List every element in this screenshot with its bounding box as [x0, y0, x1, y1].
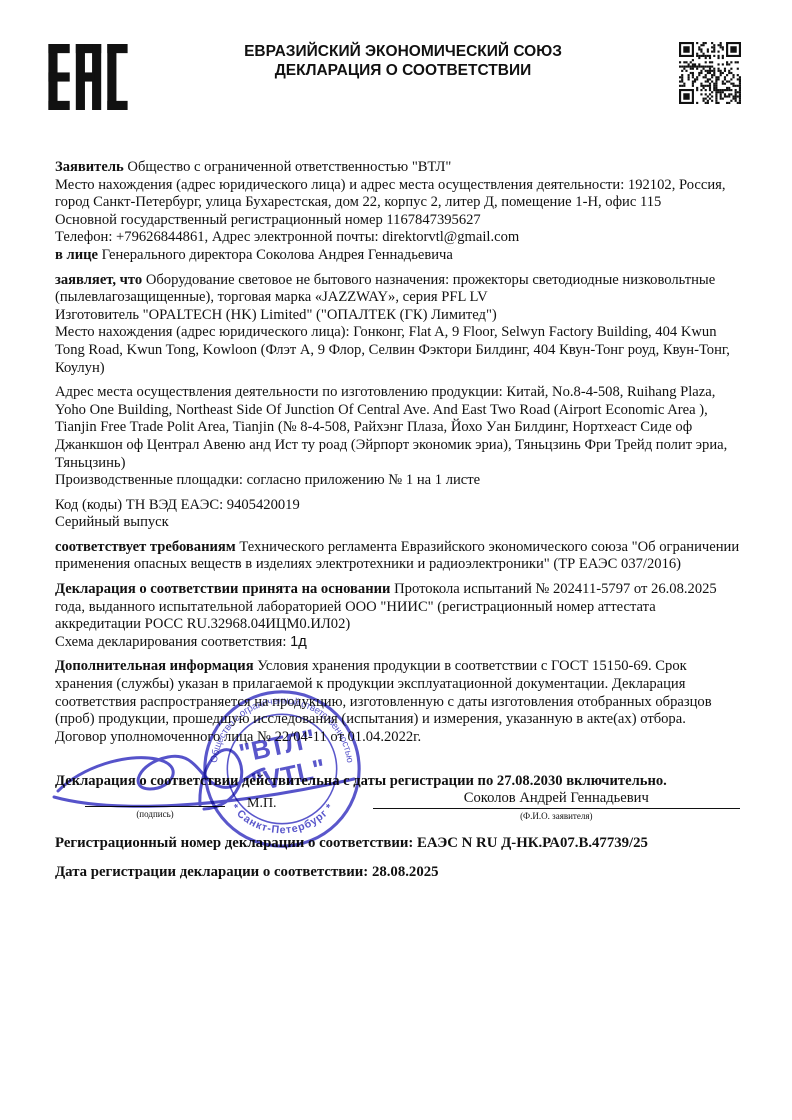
applicant-contacts: Телефон: +79626844861, Адрес электронной… [55, 229, 740, 247]
basis-text: Декларация о соответствии принята на осн… [55, 581, 740, 634]
registration-number-line: Регистрационный номер декларации о соотв… [55, 835, 740, 853]
applicant-ogrn: Основной государственный регистрационный… [55, 212, 740, 230]
applicant-block: Заявитель Общество с ограниченной ответс… [55, 159, 740, 265]
registration-date: 28.08.2025 [372, 864, 439, 880]
signature-caption: (подпись) [85, 807, 225, 820]
production-sites: Производственные площадки: согласно прил… [55, 472, 740, 490]
compliance-block: соответствует требованиям Технического р… [55, 539, 740, 574]
stamp-place-label: М.П. [247, 791, 277, 813]
scheme-value: 1д [290, 634, 307, 650]
applicant-address: Место нахождения (адрес юридического лиц… [55, 177, 740, 212]
title-line2: ДЕКЛАРАЦИЯ О СООТВЕТСТВИИ [128, 61, 678, 80]
signature-row: (подпись) М.П. Соколов Андрей Геннадьеви… [55, 791, 740, 822]
applicant-person: в лице Генерального директора Соколова А… [55, 247, 740, 265]
product-declaration: заявляет, что Оборудование световое не б… [55, 272, 740, 307]
validity-line: Декларация о соответствии действительна … [55, 773, 740, 791]
manufacturer: Изготовитель "OPALTECH (HK) Limited" ("О… [55, 307, 740, 325]
basis-label: Декларация о соответствии принята на осн… [55, 581, 390, 597]
production-block: Адрес места осуществления деятельности п… [55, 384, 740, 490]
declarant-caption: (Ф.И.О. заявителя) [373, 809, 740, 822]
declarant-name-field: Соколов Андрей Геннадьевич (Ф.И.О. заяви… [373, 791, 740, 822]
product-block: заявляет, что Оборудование световое не б… [55, 272, 740, 378]
eac-mark-icon [48, 44, 128, 110]
qr-code-icon [678, 42, 742, 104]
declarant-name: Соколов Андрей Геннадьевич [373, 791, 740, 808]
declaration-document: ЕВРАЗИЙСКИЙ ЭКОНОМИЧЕСКИЙ СОЮЗ ДЕКЛАРАЦИ… [0, 0, 792, 1120]
registration-date-line: Дата регистрации декларации о соответств… [55, 864, 740, 882]
tnved-line: Код (коды) ТН ВЭД ЕАЭС: 9405420019 [55, 497, 740, 515]
qr-code [678, 42, 742, 109]
additional-info-block: Дополнительная информация Условия хранен… [55, 658, 740, 746]
additional-info-label: Дополнительная информация [55, 658, 254, 674]
basis-block: Декларация о соответствии принята на осн… [55, 581, 740, 651]
document-title: ЕВРАЗИЙСКИЙ ЭКОНОМИЧЕСКИЙ СОЮЗ ДЕКЛАРАЦИ… [128, 38, 678, 80]
applicant-label: Заявитель [55, 159, 124, 175]
title-line1: ЕВРАЗИЙСКИЙ ЭКОНОМИЧЕСКИЙ СОЮЗ [128, 42, 678, 61]
compliance-label: соответствует требованиям [55, 539, 236, 555]
production-address: Адрес места осуществления деятельности п… [55, 384, 740, 472]
eac-logo [48, 44, 128, 115]
document-body: Заявитель Общество с ограниченной ответс… [0, 159, 792, 881]
declares-label: заявляет, что [55, 272, 142, 288]
header: ЕВРАЗИЙСКИЙ ЭКОНОМИЧЕСКИЙ СОЮЗ ДЕКЛАРАЦИ… [0, 0, 792, 115]
manufacturer-address: Место нахождения (адрес юридического лиц… [55, 324, 740, 377]
signature-field: (подпись) [85, 791, 225, 820]
registration-number: ЕАЭС N RU Д-НК.РА07.В.47739/25 [417, 835, 648, 851]
applicant-line: Заявитель Общество с ограниченной ответс… [55, 159, 740, 177]
issue-type-line: Серийный выпуск [55, 514, 740, 532]
scheme-line: Схема декларирования соответствия: 1д [55, 634, 740, 652]
